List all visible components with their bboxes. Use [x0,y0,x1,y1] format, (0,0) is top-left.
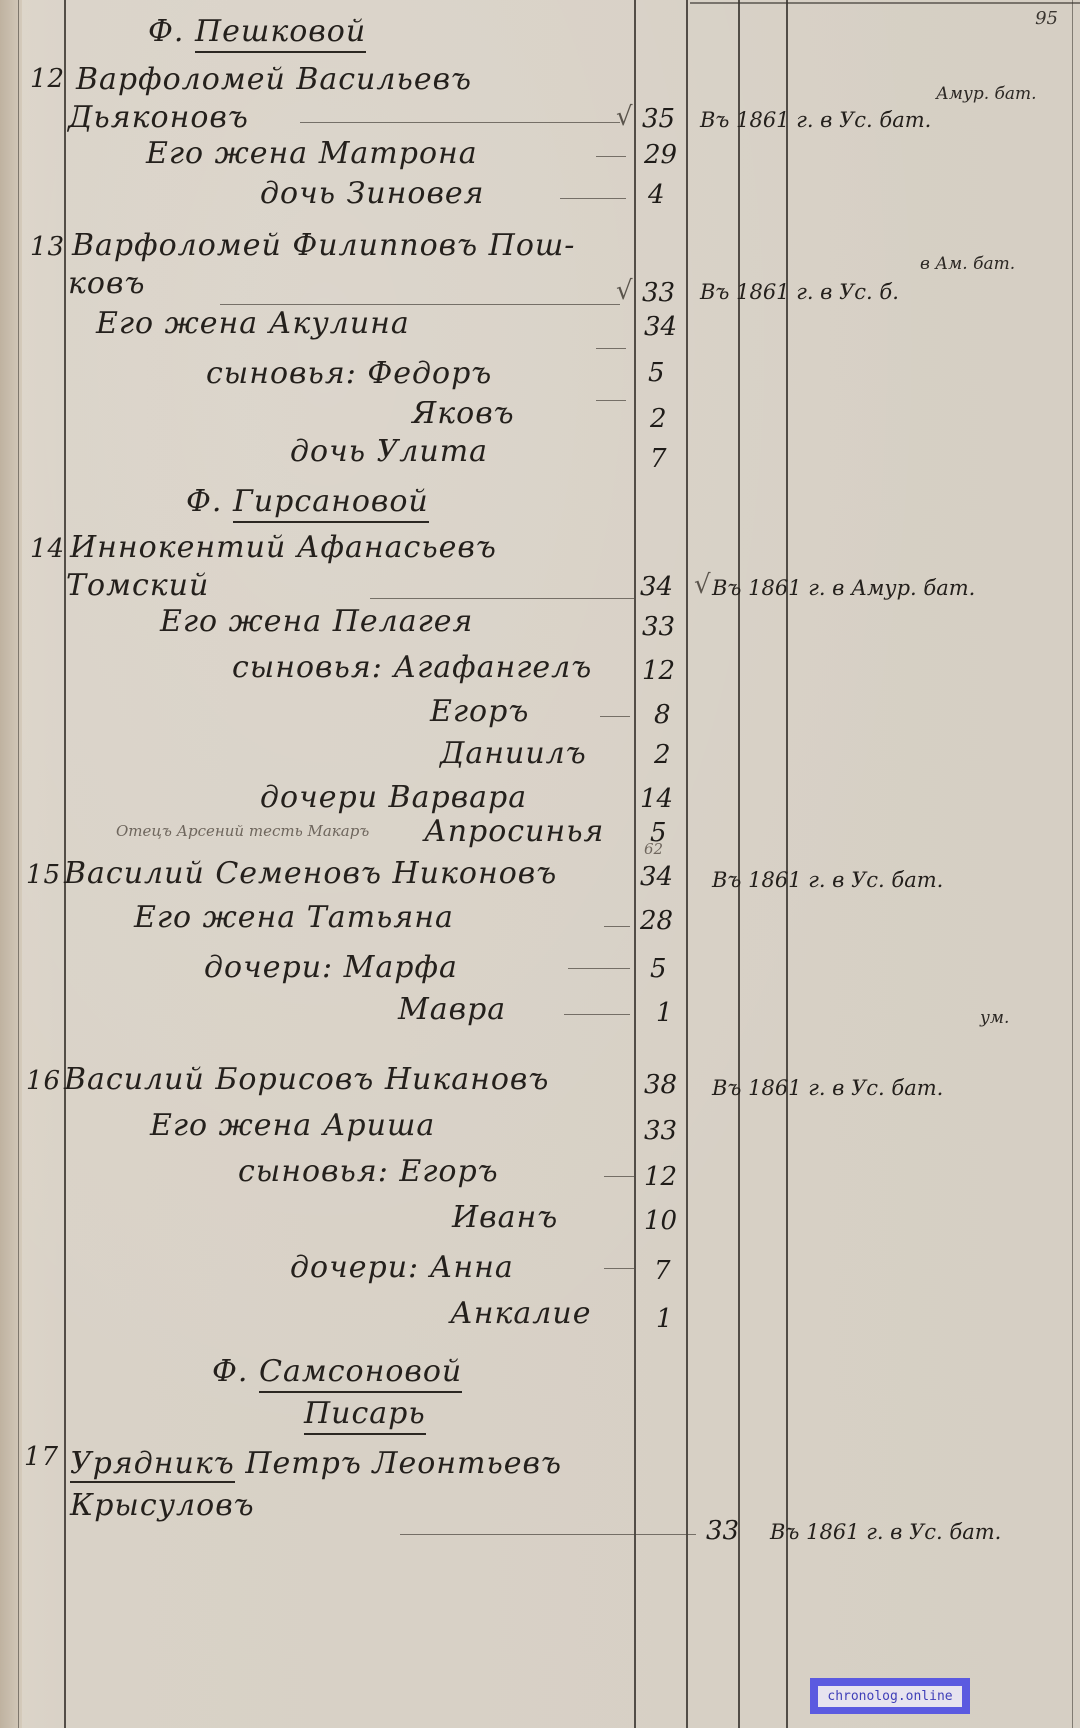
page-right-rule [1072,0,1073,1728]
column-rule-remark-b [786,0,788,1728]
age-value: 33 [642,612,675,642]
section-surname: Пешковой [195,14,366,53]
section-prefix: Ф. [212,1354,248,1389]
age-value: 2 [654,740,671,770]
member-text: Мавра [398,992,506,1027]
member-text: Яковъ [412,396,515,431]
margin-mark: ум. [980,1008,1009,1028]
register-page: 95 Ф. Пешковой 12 Варфоломей Васильевъ Д… [0,0,1080,1728]
age-value: 2 [650,404,667,434]
age-value: 34 [640,862,673,892]
leader-line [600,716,630,717]
head-of-household-name: Василий Борисовъ Никановъ [64,1062,549,1097]
leader-line [370,598,634,599]
age-value: 28 [640,906,673,936]
remark-text: Въ 1861 г. в Амур. бат. [712,576,975,600]
age-value: 33 [642,278,675,308]
leader-line [604,926,630,927]
remark-text: Въ 1861 г. в Ус. бат. [770,1520,1001,1544]
top-rule [690,2,1080,4]
age-value: 1 [656,1304,673,1334]
leader-line [596,348,626,349]
margin-rule-outer [18,0,19,1728]
entry-number: 16 [26,1066,61,1096]
site-watermark: chronolog.online [810,1678,970,1714]
check-mark-icon: √ [694,570,711,600]
entry-number: 14 [30,534,65,564]
column-rule-remark-a [738,0,740,1728]
section-surname: Гирсановой [233,484,429,523]
section-prefix: Ф. [186,484,222,519]
member-text: Его жена Пелагея [160,604,473,639]
leader-line [604,1176,634,1177]
age-value: 7 [650,444,667,474]
member-text: Даниилъ [440,736,587,771]
member-text: Его жена Акулина [96,306,410,341]
head-of-household-name: Василий Семеновъ Никоновъ [64,856,557,891]
entry-rank: Урядникъ Петръ Леонтьевъ [70,1446,562,1481]
head-of-household-name: Иннокентий Афанасьевъ [70,530,497,565]
leader-line [564,1014,630,1015]
leader-line [596,400,626,401]
head-of-household-name: Варфоломей Филипповъ Пош- [72,228,575,263]
age-value: 33 [706,1516,739,1546]
head-of-household-name: Варфоломей Васильевъ [76,62,472,97]
entry-number: 17 [24,1442,59,1472]
section-heading: Ф. Самсоновой [212,1354,462,1389]
leader-line [596,156,626,157]
rank-title: Урядникъ [70,1446,235,1483]
member-text: Егоръ [430,694,529,729]
age-value: 29 [644,140,677,170]
age-value: 12 [642,656,675,686]
age-value: 35 [642,104,675,134]
member-text: дочь Улита [290,434,488,469]
head-of-household-name: Петръ Леонтьевъ [245,1446,562,1481]
member-text: дочь Зиновея [260,176,485,211]
age-value: 5 [650,954,667,984]
member-text: сыновья: Агафангелъ [232,650,592,685]
remark-correction: Амур. бат. [936,84,1037,104]
pencil-annotation: Отецъ Арсений тесть Макаръ [116,822,369,840]
member-text: дочери: Марфа [204,950,458,985]
age-value: 1 [656,998,673,1028]
head-of-household-surname: Томский [66,568,209,603]
member-text: Иванъ [452,1200,558,1235]
member-text: Анкалие [450,1296,591,1331]
age-value: 5 [648,358,665,388]
age-value: 34 [640,572,673,602]
remark-text: Въ 1861 г. в Ус. бат. [700,108,931,132]
age-value: 10 [644,1206,677,1236]
pencil-age-annotation: 62 [644,840,663,858]
age-value: 4 [648,180,665,210]
remark-text: Въ 1861 г. в Ус. б. [700,280,899,304]
watermark-text: chronolog.online [818,1686,961,1707]
leader-line [604,1268,634,1269]
entry-number: 13 [30,232,65,262]
section-heading: Ф. Гирсановой [186,484,429,519]
check-mark-icon: √ [616,102,633,132]
member-text: Апросинья [424,814,604,849]
member-text: сыновья: Федоръ [206,356,492,391]
age-value: 34 [644,312,677,342]
leader-line [560,198,626,199]
check-mark-icon: √ [616,276,633,306]
leader-line [300,122,620,123]
section-heading: Ф. Пешковой [148,14,366,49]
column-rule-name-age [634,0,636,1728]
age-value: 33 [644,1116,677,1146]
member-text: Его жена Татьяна [134,900,454,935]
section-subtitle-text: Писарь [304,1396,426,1435]
entry-number: 12 [30,64,65,94]
remark-text: Въ 1861 г. в Ус. бат. [712,1076,943,1100]
section-surname: Самсоновой [259,1354,462,1393]
remark-correction: в Ам. бат. [920,254,1015,274]
leader-line [400,1534,696,1535]
age-value: 14 [640,784,673,814]
page-number: 95 [1035,8,1058,29]
member-text: Его жена Матрона [146,136,478,171]
head-of-household-surname: Дьяконовъ [68,100,249,135]
age-value: 7 [654,1256,671,1286]
age-value: 38 [644,1070,677,1100]
section-prefix: Ф. [148,14,184,49]
member-text: Его жена Ариша [150,1108,435,1143]
section-subtitle: Писарь [304,1396,426,1431]
age-value: 12 [644,1162,677,1192]
member-text: дочери Варвара [260,780,527,815]
column-rule-age-remark [686,0,688,1728]
head-of-household-surname: Крысуловъ [70,1488,255,1523]
entry-number: 15 [26,860,61,890]
age-value: 8 [654,700,671,730]
head-of-household-surname: ковъ [68,266,145,301]
member-text: сыновья: Егоръ [238,1154,499,1189]
member-text: дочери: Анна [290,1250,514,1285]
remark-text: Въ 1861 г. в Ус. бат. [712,868,943,892]
leader-line [568,968,630,969]
